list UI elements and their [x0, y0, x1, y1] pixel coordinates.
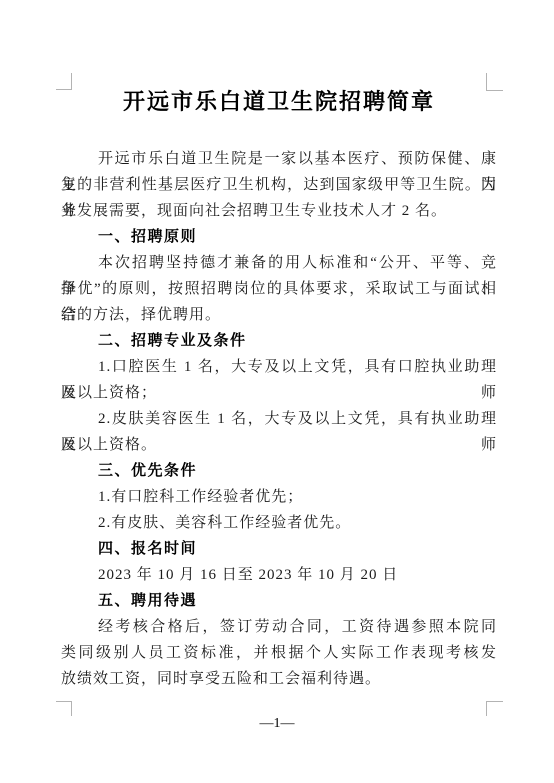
page-number: —1— [0, 716, 554, 732]
list-item-line: 2.有皮肤、美容科工作经验者优先。 [61, 510, 497, 536]
paragraph-line: 择优”的原则，按照招聘岗位的具体要求，采取试工与面试相结 [61, 276, 497, 302]
list-item-line: 1.有口腔科工作经验者优先； [61, 484, 497, 510]
document-body: 开远市乐白道卫生院招聘简章 开远市乐白道卫生院是一家以基本医疗、预防保健、康复为… [61, 0, 497, 692]
paragraph-line: 本次招聘坚持德才兼备的用人标准和“公开、平等、竞争、 [61, 250, 497, 276]
margin-crop-mark-bottom-right [486, 701, 503, 716]
list-item-line: 1.口腔医生 1 名，大专及以上文凭，具有口腔执业助理医师 [61, 354, 497, 380]
doc-title: 开远市乐白道卫生院招聘简章 [61, 88, 497, 116]
section-heading-2: 二、招聘专业及条件 [61, 328, 497, 354]
section-heading-5: 五、聘用待遇 [61, 588, 497, 614]
margin-crop-mark-bottom-left [56, 701, 72, 716]
paragraph-line: 开远市乐白道卫生院是一家以基本医疗、预防保健、康复为 [61, 146, 497, 172]
section-heading-3: 三、优先条件 [61, 458, 497, 484]
list-item-line: 2.皮肤美容医生 1 名，大专及以上文凭，具有执业助理医师 [61, 406, 497, 432]
paragraph-line: 经考核合格后，签订劳动合同，工资待遇参照本院同 [61, 614, 497, 640]
paragraph-line: 放绩效工资，同时享受五险和工会福利待遇。 [61, 666, 497, 692]
date-range-line: 2023 年 10 月 16 日至 2023 年 10 月 20 日 [61, 562, 497, 588]
paragraph-line: 主的非营利性基层医疗卫生机构，达到国家级甲等卫生院。因业 [61, 172, 497, 198]
paragraph-line: 合的方法，择优聘用。 [61, 302, 497, 328]
paragraph-line: 务发展需要，现面向社会招聘卫生专业技术人才 2 名。 [61, 198, 497, 224]
paragraph-line: 类同级别人员工资标准，并根据个人实际工作表现考核发 [61, 640, 497, 666]
section-heading-4: 四、报名时间 [61, 536, 497, 562]
section-heading-1: 一、招聘原则 [61, 224, 497, 250]
document-page: 开远市乐白道卫生院招聘简章 开远市乐白道卫生院是一家以基本医疗、预防保健、康复为… [0, 0, 554, 783]
